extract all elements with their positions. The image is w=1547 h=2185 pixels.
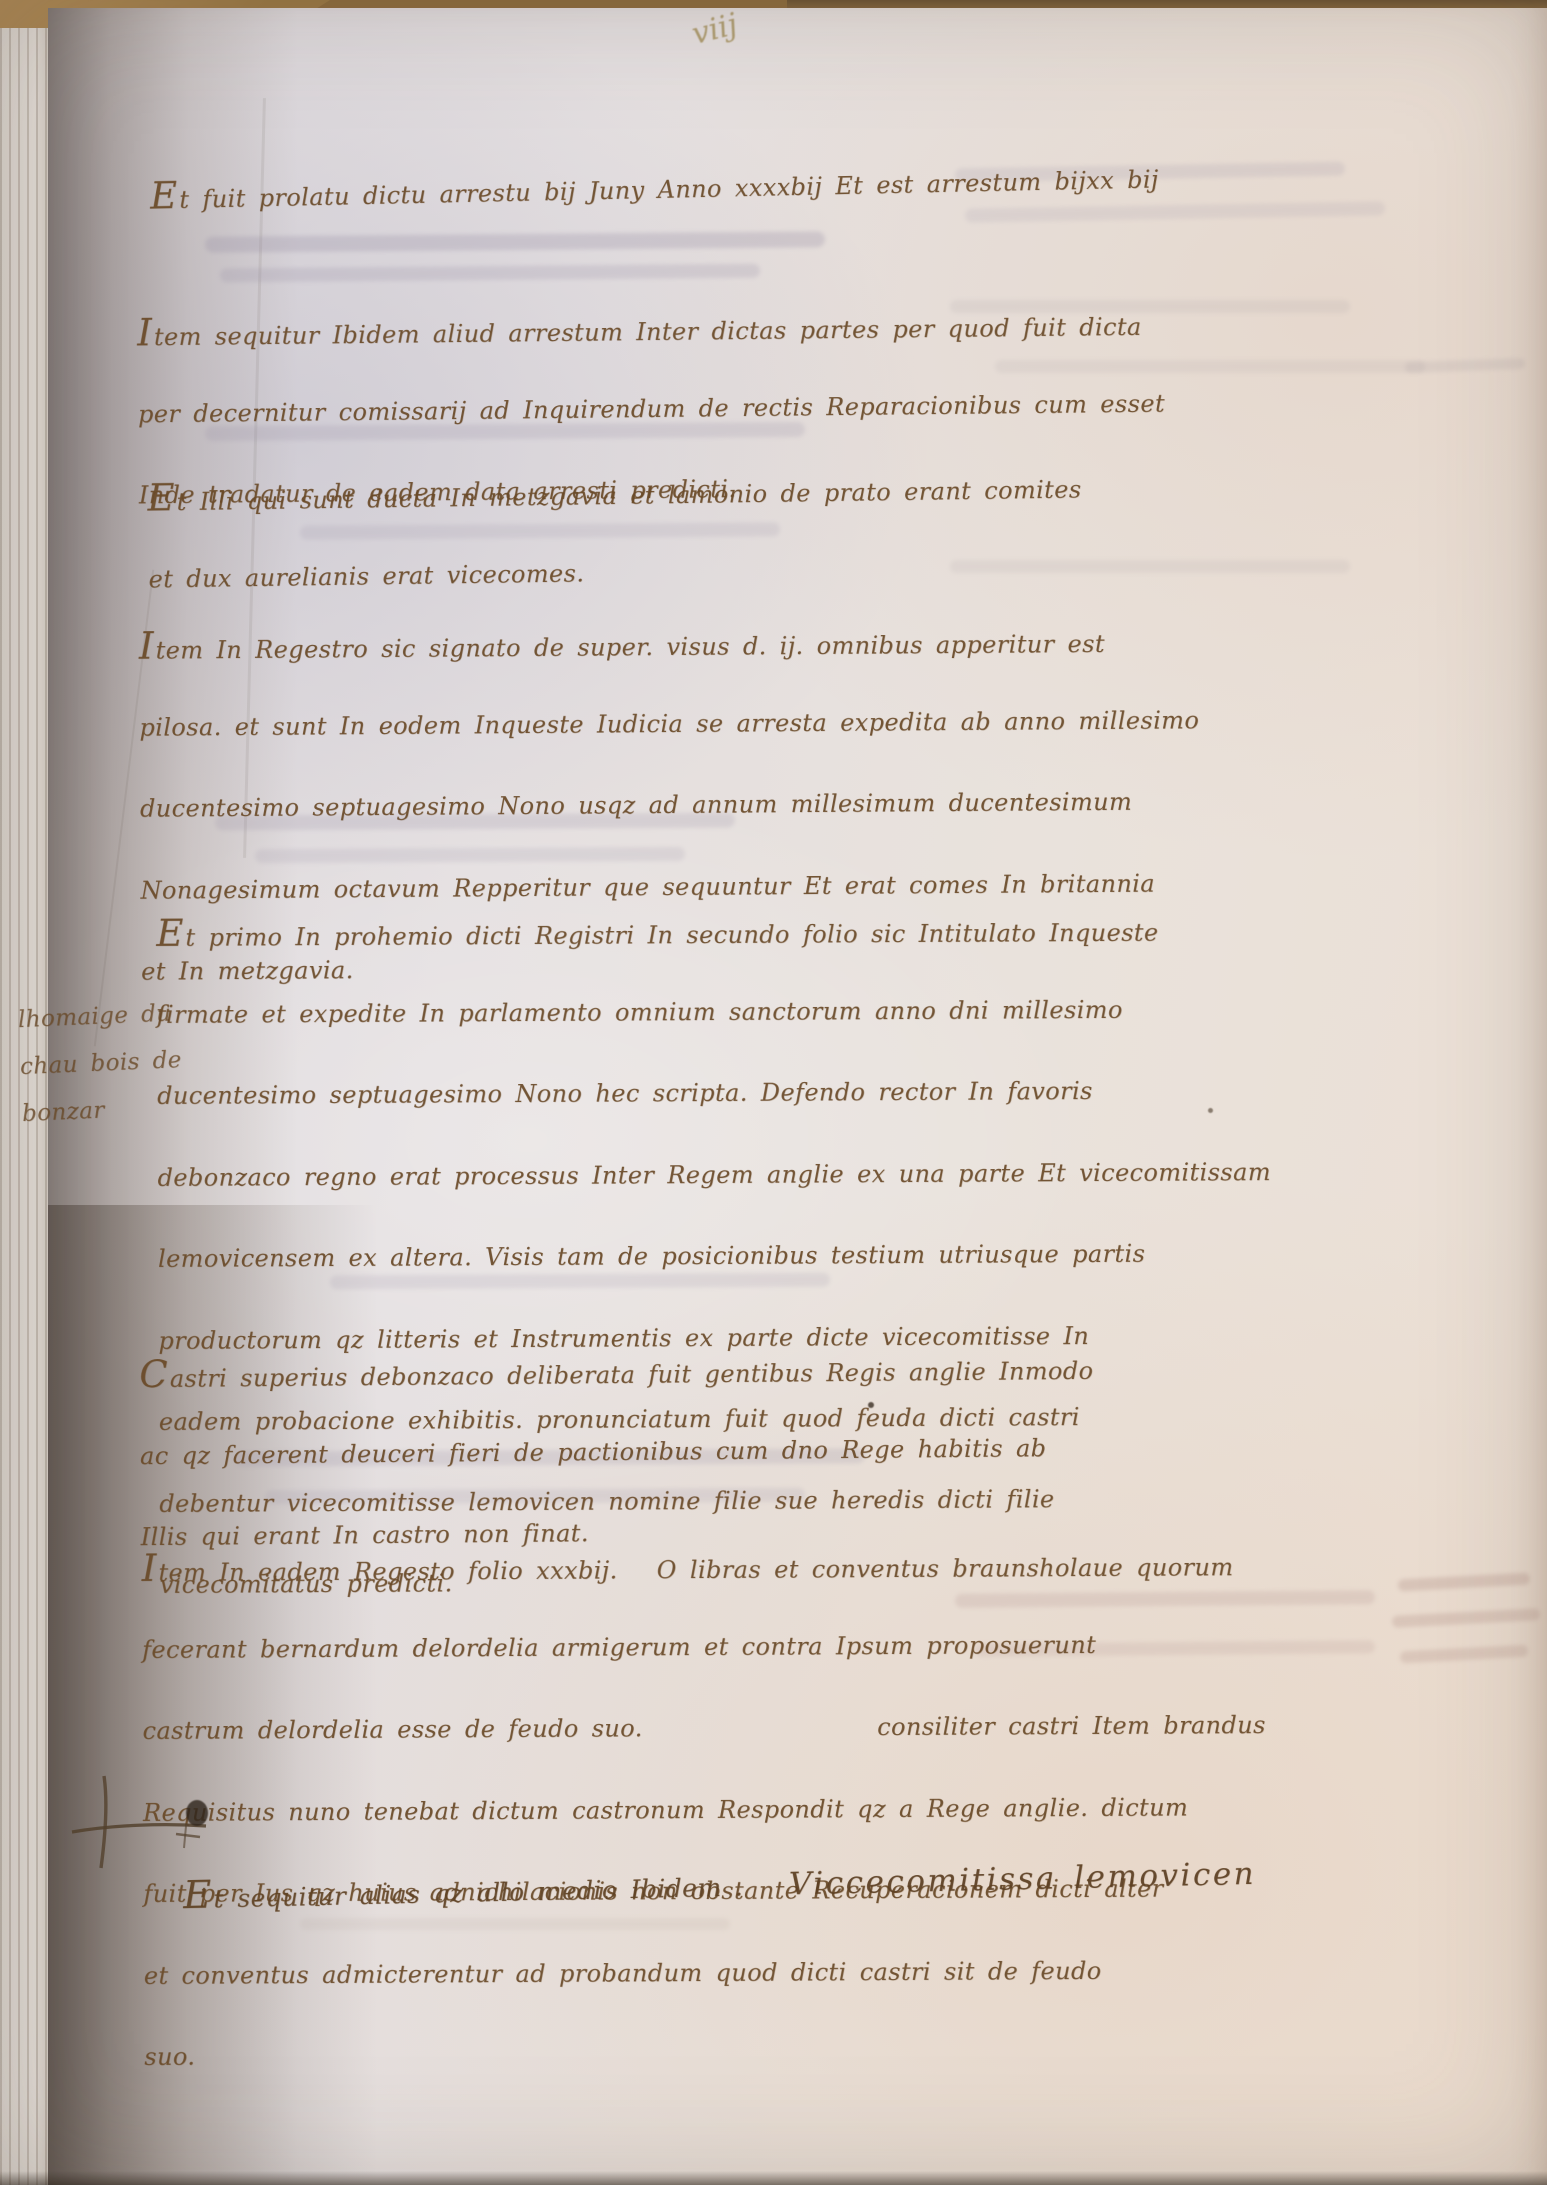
text-line: ducentesimo septuagesimo Nono hec script… [157, 1069, 1271, 1118]
text-line: debonzaco regno erat processus Inter Reg… [157, 1151, 1271, 1200]
text-line: Et primo In prohemio dicti Registri In s… [156, 906, 1270, 955]
text-line: Et fuit prolatu dictu arrestu bij Juny A… [150, 153, 1159, 218]
text-line: pilosa. et sunt In eodem Inqueste Iudici… [139, 699, 1199, 750]
margin-note: lhomaige du chau bois de bonzar [17, 989, 213, 1138]
text-line: Item In eadem Regesto folio xxxbij. O li… [142, 1541, 1265, 1590]
margin-note-line: bonzar [21, 1083, 213, 1138]
text-line: et conventus admicterentur ad probandum … [144, 1949, 1267, 1998]
manuscript-photo: viij Et fuit prolatu dictu arrestu bij J… [0, 0, 1547, 2185]
text-line: fecerant bernardum delordelia armigerum … [142, 1623, 1265, 1672]
text-line: lemovicensem ex altera. Visis tam de pos… [158, 1232, 1272, 1281]
photo-bottom-edge [0, 2171, 1547, 2185]
closing-title: Viccecomitissa lemovicen [789, 1856, 1257, 1903]
text-line: firmate et expedite In parlamento omnium… [157, 988, 1271, 1037]
margin-note-line: chau bois de [19, 1036, 211, 1091]
text-line: Item sequitur Ibidem aliud arrestum Inte… [137, 301, 1164, 355]
paragraph-1: Et fuit prolatu dictu arrestu bij Juny A… [149, 115, 1160, 256]
text-line: ducentesimo septuagesimo Nono usqz ad an… [140, 780, 1200, 831]
text-line: castrum delordelia esse de feudo suo. co… [142, 1704, 1265, 1753]
text-line: Item In Regestro sic signato de super. v… [139, 617, 1199, 668]
text-line: Castri superius debonzaco deliberata fui… [139, 1345, 1093, 1397]
text-line: Et Illi qui sunt ducta In metzgavia et l… [147, 463, 1082, 520]
text-line: suo. [144, 2030, 1267, 2079]
text-line: Et sequitur alias qz allo medio Ibidem .… [183, 1850, 1257, 1918]
closing-intro: Et sequitur alias qz allo medio Ibidem . [183, 1872, 744, 1914]
margin-note-line: lhomaige du [17, 989, 209, 1044]
paragraph-7: Item In eadem Regesto folio xxxbij. O li… [141, 1503, 1267, 2117]
closing-line: Et sequitur alias qz allo medio Ibidem .… [182, 1812, 1258, 1956]
text-line: ac qz facerent deuceri fieri de pactioni… [140, 1426, 1094, 1478]
ink-speck [868, 1402, 874, 1408]
ink-blot [186, 1800, 208, 1826]
ink-speck [1208, 1108, 1213, 1113]
